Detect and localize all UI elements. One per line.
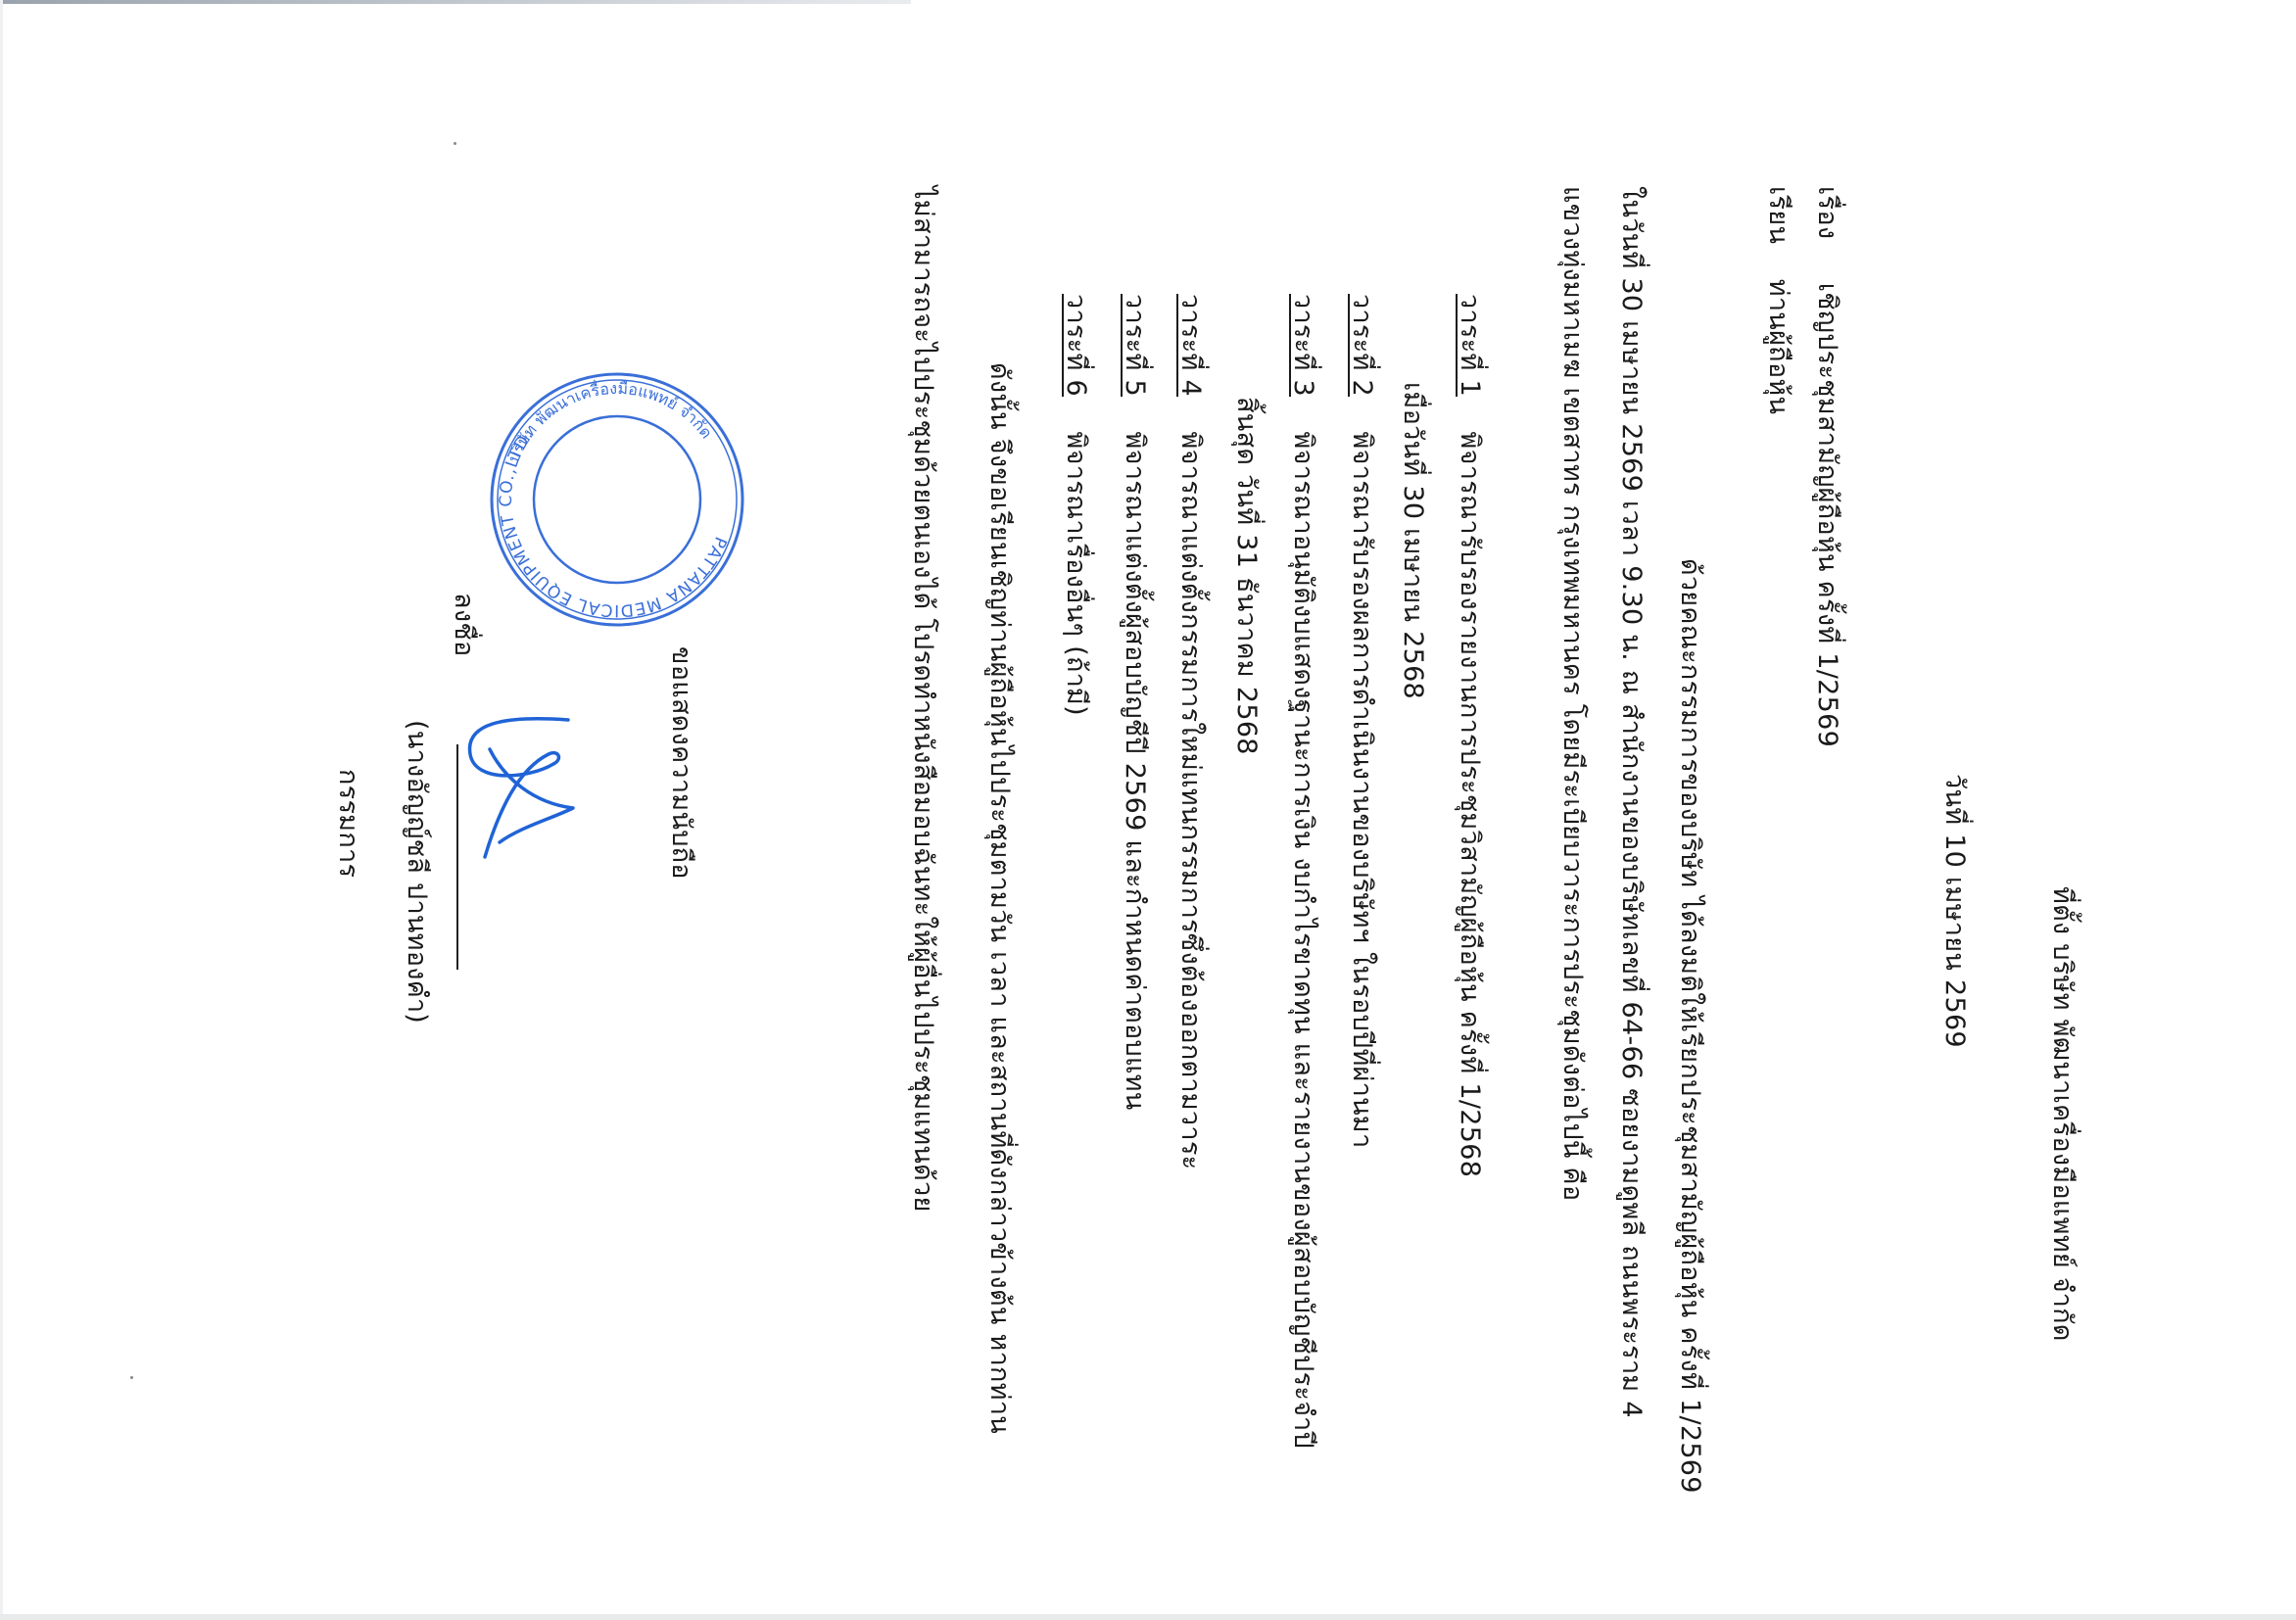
closing-line-1: ดังนั้น จึงขอเรียนเชิญท่านผู้ถือหุ้นไปปร… [980,362,1019,1434]
scan-speck [130,1376,133,1379]
agenda-label: วาระที่ 6 [1061,294,1091,397]
agenda-text: พิจารณาเรื่องอื่นๆ (ถ้ามี) [1061,432,1091,716]
agenda-item-2: วาระที่ 2 พิจารณารับรองผลการดำเนินงานของ… [1342,294,1381,1148]
agenda-item-1: วาระที่ 1 พิจารณารับรองรายงานการประชุมวิ… [1450,294,1489,1177]
agenda-label: วาระที่ 5 [1120,294,1150,397]
closing-line-2: ไม่สามารถจะไปประชุมด้วยตนเองได้ โปรดทำหน… [903,186,942,1213]
scan-speck [454,142,456,145]
stamp-text-th: บริษัท พัฒนาเครื่องมือแพทย์ จำกัด [503,367,724,524]
agenda-label: วาระที่ 3 [1288,294,1318,397]
agenda-label: วาระที่ 2 [1347,294,1377,397]
scan-edge-top [0,0,911,4]
agenda-item-5: วาระที่ 5 พิจารณาแต่งตั้งผู้สอบบัญชีปี 2… [1115,294,1154,1111]
subject-text: เชิญประชุมสามัญผู้ถือหุ้น ครั้งที่ 1/256… [1812,283,1842,747]
company-stamp-icon: PATTANA MEDICAL EQUIPMENT CO.,LTD. บริษั… [485,367,749,632]
intro-line-3: แขวงทุ่งมหาเมฆ เขตสาทร กรุงเทพมหานคร โดย… [1553,186,1592,1201]
agenda-text: พิจารณาแต่งตั้งผู้สอบบัญชีปี 2569 และกำห… [1120,432,1150,1111]
agenda-label: วาระที่ 4 [1175,294,1206,397]
intro-line-1: ด้วยคณะกรรมการของบริษัท ได้ลงมติให้เรียก… [1670,558,1709,1494]
recipient-line: เรียน ท่านผู้ถือหุ้น [1758,186,1797,414]
signature-line [456,744,458,970]
svg-text:บริษัท พัฒนาเครื่องมือแพทย์ จำ: บริษัท พัฒนาเครื่องมือแพทย์ จำกัด [503,367,724,524]
scan-edge-bottom [0,1614,2296,1620]
recipient-text: ท่านผู้ถือหุ้น [1763,279,1794,414]
agenda-item-3: วาระที่ 3 พิจารณาอนุมัติงบแสดงฐานะการเงิ… [1283,294,1322,1449]
agenda-item-4: วาระที่ 4 พิจารณาแต่งตั้งกรรมการใหม่แทนก… [1171,294,1210,1169]
intro-line-2: ในวันที่ 30 เมษายน 2569 เวลา 9.30 น. ณ ส… [1611,186,1650,1418]
agenda-text: พิจารณารับรองผลการดำเนินงานของบริษัทฯ ใน… [1347,432,1377,1149]
subject-line: เรื่อง เชิญประชุมสามัญผู้ถือหุ้น ครั้งที… [1807,186,1846,747]
signer-name: (นางอัญญ์ชลี ปานทองคำ) [397,720,436,1024]
sign-label: ลงชื่อ [444,593,483,656]
agenda-label: วาระที่ 1 [1455,294,1485,397]
signer-title: กรรมการ [328,769,367,878]
agenda-text: พิจารณาแต่งตั้งกรรมการใหม่แทนกรรมการซึ่ง… [1175,432,1206,1170]
agenda-item-3-cont: สิ้นสุด วันที่ 31 ธันวาคม 2568 [1226,397,1266,755]
sender-address: ที่ตั้ง บริษัท พัฒนาเครื่องมือแพทย์ จำกั… [2042,886,2081,1342]
scan-edge-left [0,0,3,1620]
agenda-text: พิจารณาอนุมัติงบแสดงฐานะการเงิน งบกำไรขา… [1288,432,1318,1449]
agenda-item-1-cont: เมื่อวันที่ 30 เมษายน 2568 [1393,382,1432,699]
handwritten-signature-icon [460,710,588,867]
subject-label: เรื่อง [1812,186,1842,239]
regards-text: ขอแสดงความนับถือ [661,646,700,880]
recipient-label: เรียน [1763,186,1794,244]
document-date: วันที่ 10 เมษายน 2569 [1935,774,1974,1048]
agenda-item-6: วาระที่ 6 พิจารณาเรื่องอื่นๆ (ถ้ามี) [1056,294,1095,716]
agenda-text: พิจารณารับรองรายงานการประชุมวิสามัญผู้ถื… [1455,432,1485,1178]
